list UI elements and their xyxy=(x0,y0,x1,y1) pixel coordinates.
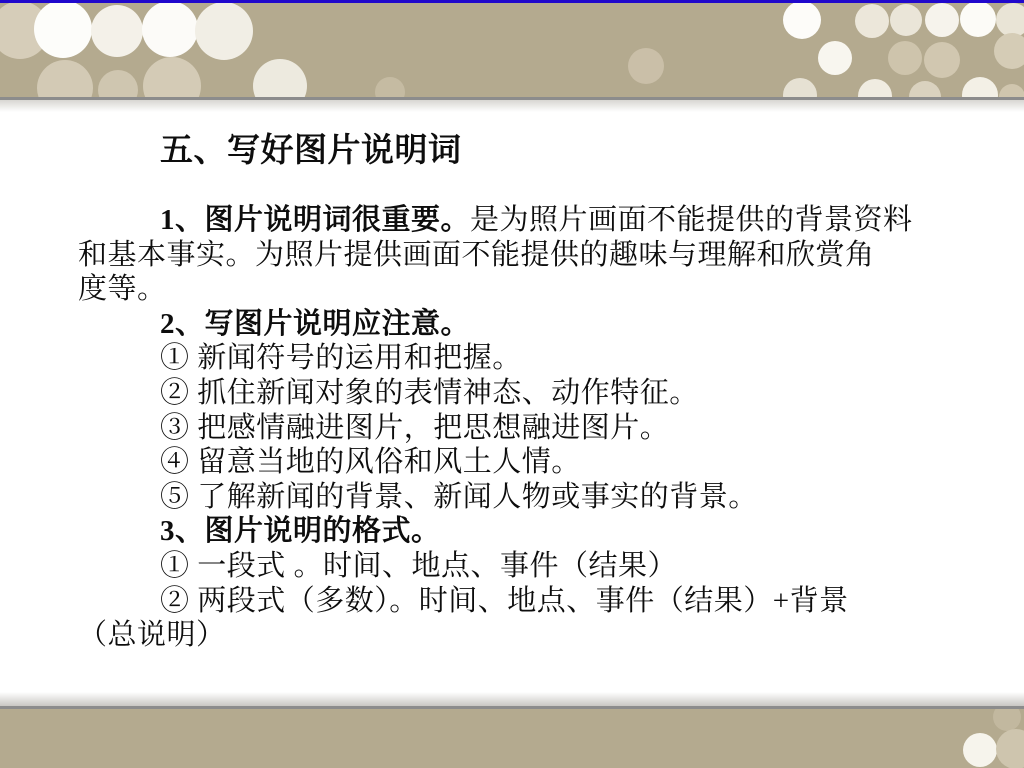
text-segment: 度等。 xyxy=(78,273,167,305)
header-decorative-band xyxy=(0,3,1024,100)
decor-circle xyxy=(962,77,998,100)
decor-circle xyxy=(91,5,143,57)
decor-circle xyxy=(37,60,93,100)
decor-circle xyxy=(890,4,922,36)
text-line: 度等。 xyxy=(78,272,938,307)
decor-circle xyxy=(253,59,307,100)
text-line: （总说明） xyxy=(78,618,938,653)
decor-circle xyxy=(143,57,201,100)
text-segment: ④ 留意当地的风俗和风土人情。 xyxy=(160,446,581,478)
text-segment: （总说明） xyxy=(78,619,226,651)
text-segment: ③ 把感情融进图片，把思想融进图片。 xyxy=(160,412,669,444)
bold-text-segment: 1、图片说明词很重要。 xyxy=(160,204,470,236)
decor-circle xyxy=(963,733,997,767)
presentation-slide: 五、写好图片说明词 1、图片说明词很重要。是为照片画面不能提供的背景资料和基本事… xyxy=(0,0,1024,768)
decor-circle xyxy=(993,706,1021,731)
decor-circle xyxy=(999,84,1024,100)
decor-circle xyxy=(924,42,960,78)
decor-circle xyxy=(960,3,996,37)
text-segment: ② 两段式（多数）。时间、地点、事件（结果）+背景 xyxy=(160,585,849,617)
text-line: 2、写图片说明应注意。 xyxy=(78,307,938,342)
text-segment: ① 新闻符号的运用和把握。 xyxy=(160,342,522,374)
text-segment: ① 一段式 。时间、地点、事件（结果） xyxy=(160,550,677,582)
bold-text-segment: 3、图片说明的格式。 xyxy=(160,515,441,547)
decor-circle xyxy=(783,78,817,100)
slide-title: 五、写好图片说明词 xyxy=(160,128,462,174)
text-segment: ⑤ 了解新闻的背景、新闻人物或事实的背景。 xyxy=(160,481,758,513)
text-line: ④ 留意当地的风俗和风土人情。 xyxy=(78,445,938,480)
decor-circle xyxy=(855,4,889,38)
text-line: ① 新闻符号的运用和把握。 xyxy=(78,341,938,376)
slide-body-text: 1、图片说明词很重要。是为照片画面不能提供的背景资料和基本事实。为照片提供画面不… xyxy=(78,203,938,653)
decor-circle xyxy=(195,3,253,60)
decor-circle xyxy=(818,41,852,75)
footer-shadow-fade xyxy=(0,692,1024,706)
footer-decorative-band xyxy=(0,706,1024,768)
text-segment: 和基本事实。为照片提供画面不能提供的趣味与理解和欣赏角 xyxy=(78,239,875,271)
decor-circle xyxy=(142,3,198,57)
decor-circle xyxy=(34,3,92,58)
text-line: ② 抓住新闻对象的表情神态、动作特征。 xyxy=(78,376,938,411)
decor-circle xyxy=(909,81,941,100)
decor-circle xyxy=(925,3,959,37)
text-segment: ② 抓住新闻对象的表情神态、动作特征。 xyxy=(160,377,699,409)
header-shadow-fade xyxy=(0,100,1024,112)
decor-circle xyxy=(628,48,664,84)
text-line: ② 两段式（多数）。时间、地点、事件（结果）+背景 xyxy=(78,584,938,619)
bold-text-segment: 2、写图片说明应注意。 xyxy=(160,308,470,340)
decor-circle xyxy=(996,3,1024,37)
text-line: ③ 把感情融进图片，把思想融进图片。 xyxy=(78,411,938,446)
text-line: 和基本事实。为照片提供画面不能提供的趣味与理解和欣赏角 xyxy=(78,238,938,273)
decor-circle xyxy=(858,79,892,100)
text-line: 1、图片说明词很重要。是为照片画面不能提供的背景资料 xyxy=(78,203,938,238)
text-segment: 是为照片画面不能提供的背景资料 xyxy=(470,204,913,236)
decor-circle xyxy=(375,77,405,100)
decor-circle xyxy=(996,729,1024,768)
text-line: ⑤ 了解新闻的背景、新闻人物或事实的背景。 xyxy=(78,480,938,515)
text-line: 3、图片说明的格式。 xyxy=(78,514,938,549)
decor-circle xyxy=(994,33,1024,69)
decor-circle xyxy=(98,70,138,100)
decor-circle xyxy=(783,3,821,39)
text-line: ① 一段式 。时间、地点、事件（结果） xyxy=(78,549,938,584)
decor-circle xyxy=(888,41,922,75)
